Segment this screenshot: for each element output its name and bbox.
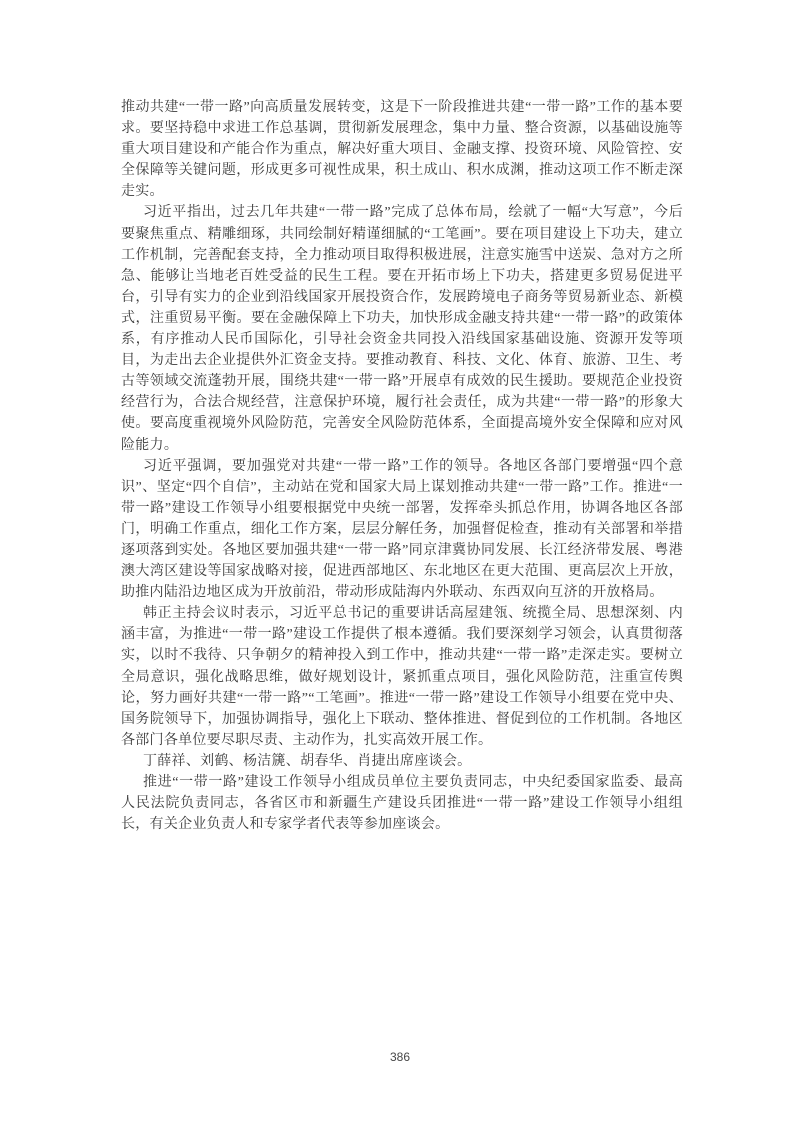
paragraph: 推进“一带一路”建设工作领导小组成员单位主要负责同志，中央纪委国家监委、最高人民… — [121, 772, 683, 835]
paragraph: 习近平指出，过去几年共建“一带一路”完成了总体布局，绘就了一幅“大写意”，今后要… — [121, 202, 683, 455]
paragraph: 习近平强调，要加强党对共建“一带一路”工作的领导。各地区各部门要增强“四个意识”… — [121, 456, 683, 604]
paragraph: 丁薛祥、刘鹤、杨洁篪、胡春华、肖捷出席座谈会。 — [121, 751, 683, 772]
paragraph: 推动共建“一带一路”向高质量发展转变，这是下一阶段推进共建“一带一路”工作的基本… — [121, 97, 683, 202]
paragraph: 韩正主持会议时表示，习近平总书记的重要讲话高屋建瓴、统揽全局、思想深刻、内涵丰富… — [121, 603, 683, 751]
document-page: 推动共建“一带一路”向高质量发展转变，这是下一阶段推进共建“一带一路”工作的基本… — [0, 0, 800, 1133]
document-body: 推动共建“一带一路”向高质量发展转变，这是下一阶段推进共建“一带一路”工作的基本… — [121, 97, 683, 835]
page-number: 386 — [0, 1050, 800, 1064]
